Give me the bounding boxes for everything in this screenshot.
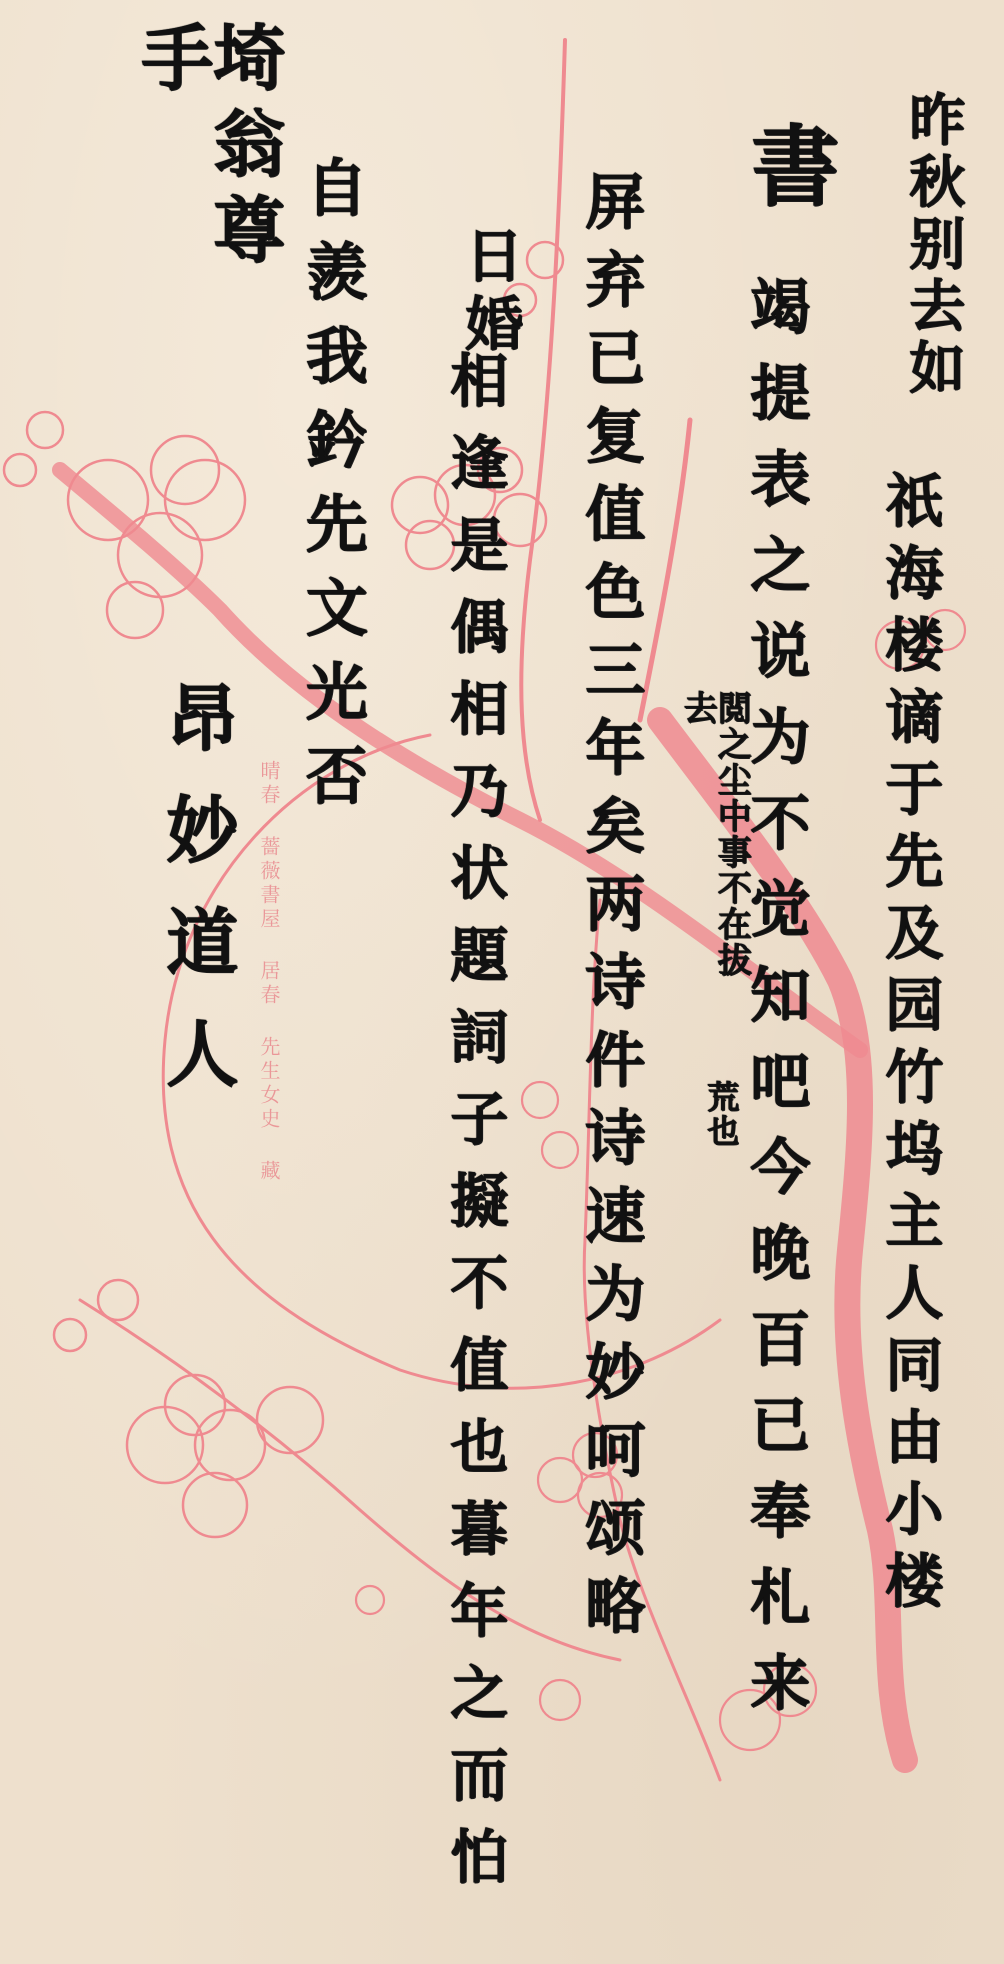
letter-column-4: 竭提表之说为不觉知吧今晚百已奉札来: [745, 275, 805, 1895]
seal-ring-text: 晴春 薔薇書屋 居春 先生女史 藏: [255, 760, 284, 1320]
letter-column-8: 日婚: [460, 225, 518, 361]
letter-column-10: 自羨我鈐先文光否: [300, 155, 362, 875]
letter-column-3: 書: [745, 120, 833, 214]
letter-column-9: 相逢是偶相乃状題詞子擬不值也暮年之而怕: [445, 350, 503, 1950]
letter-column-7: 屏弃已复值色三年矣两诗件诗速为妙呵颂略: [580, 170, 640, 1930]
recipient-salutation: 埼翁尊手: [135, 20, 279, 350]
letter-paper: 晴春 薔薇書屋 居春 先生女史 藏 昨秋别去如 祇海楼谪于先及园竹坞主人同由小楼…: [0, 0, 1004, 1964]
letter-column-2: 祇海楼谪于先及园竹坞主人同由小楼: [880, 470, 938, 1890]
signature: 昂妙道人: [160, 680, 232, 1200]
letter-column-1: 昨秋别去如: [905, 90, 961, 490]
letter-column-5-inserted: 閲之尘中事不在拔去: [680, 690, 748, 1010]
letter-column-6-inserted: 荒也: [705, 1080, 737, 1148]
